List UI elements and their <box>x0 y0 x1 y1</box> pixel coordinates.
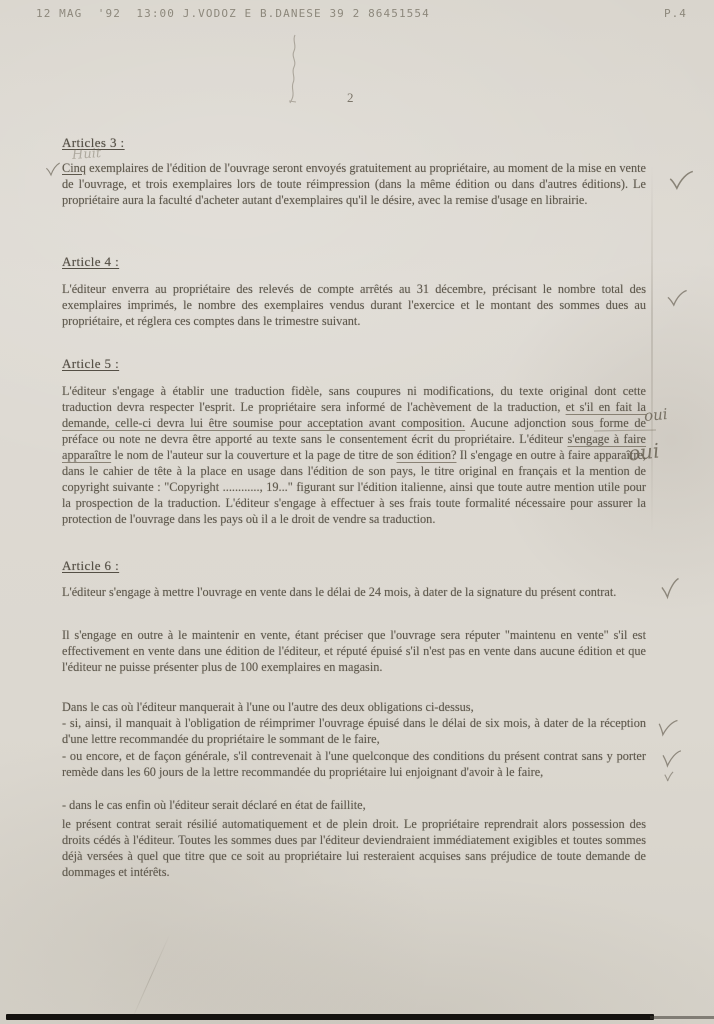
checkmark-icon <box>657 575 682 600</box>
pencil-checkmark-left-margin <box>45 160 61 178</box>
article-6-paragraph-1: L'éditeur s'engage à mettre l'ouvrage en… <box>62 584 646 600</box>
pencil-checkmark-case-1 <box>654 714 679 739</box>
underlined-word-cinq: Cinq <box>62 161 86 175</box>
article-3-body: exemplaires de l'édition de l'ouvrage se… <box>62 161 646 207</box>
page-number: 2 <box>347 90 354 106</box>
article-5-heading: Article 5 : <box>62 356 119 372</box>
checkmark-icon <box>45 160 61 178</box>
article-6-case-3: - dans le cas enfin où l'éditeur serait … <box>62 797 646 813</box>
pencil-checkmark-article-4 <box>665 287 688 308</box>
article-6-cases-intro: Dans le cas où l'éditeur manquerait à l'… <box>62 699 646 715</box>
checkmark-icon <box>659 747 683 769</box>
scan-edge-bar <box>6 1014 654 1020</box>
paper-crease-diagonal <box>131 934 171 1021</box>
scan-edge-bar-faint <box>650 1016 714 1019</box>
paper-crease-vertical <box>651 165 653 535</box>
pencil-tick-small <box>663 770 674 783</box>
article-5-text: le nom de l'auteur sur la couverture et … <box>111 448 396 462</box>
article-6-case-1: - si, ainsi, il manquait à l'obligation … <box>62 715 646 747</box>
article-5-text: L'éditeur s'engage à établir une traduct… <box>62 384 646 414</box>
scanned-fax-page: 12 MAG '92 13:00 J.VODOZ E B.DANESE 39 2… <box>0 0 714 1024</box>
squiggle-icon <box>286 33 302 107</box>
handwritten-oui-2: oui <box>627 438 661 465</box>
article-6-case-2: - ou encore, et de façon générale, s'il … <box>62 748 646 780</box>
article-4-paragraph: L'éditeur enverra au propriétaire des re… <box>62 281 646 329</box>
checkmark-icon <box>654 714 679 739</box>
checkmark-icon <box>667 167 695 194</box>
handwritten-oui-1: oui <box>643 405 668 425</box>
pencil-underlined-text: son édition? <box>396 448 456 462</box>
pencil-squiggle-mark <box>286 33 302 107</box>
pencil-checkmark-article-6 <box>657 575 682 600</box>
article-6-paragraph-2: Il s'engage en outre à le maintenir en v… <box>62 627 646 675</box>
tick-icon <box>663 770 674 783</box>
article-6-heading: Article 6 : <box>62 558 119 574</box>
article-4-heading: Article 4 : <box>62 254 119 270</box>
closing-paragraph: le présent contrat serait résilié automa… <box>62 816 646 880</box>
article-5-paragraph: L'éditeur s'engage à établir une traduct… <box>62 383 646 527</box>
fax-header-line: 12 MAG '92 13:00 J.VODOZ E B.DANESE 39 2… <box>36 7 430 20</box>
pencil-checkmark-article-3 <box>667 167 695 194</box>
pencil-checkmark-case-2 <box>659 747 683 769</box>
checkmark-icon <box>665 287 688 308</box>
fax-page-number: P.4 <box>664 7 687 20</box>
article-3-paragraph: Cinq exemplaires de l'édition de l'ouvra… <box>62 160 646 208</box>
